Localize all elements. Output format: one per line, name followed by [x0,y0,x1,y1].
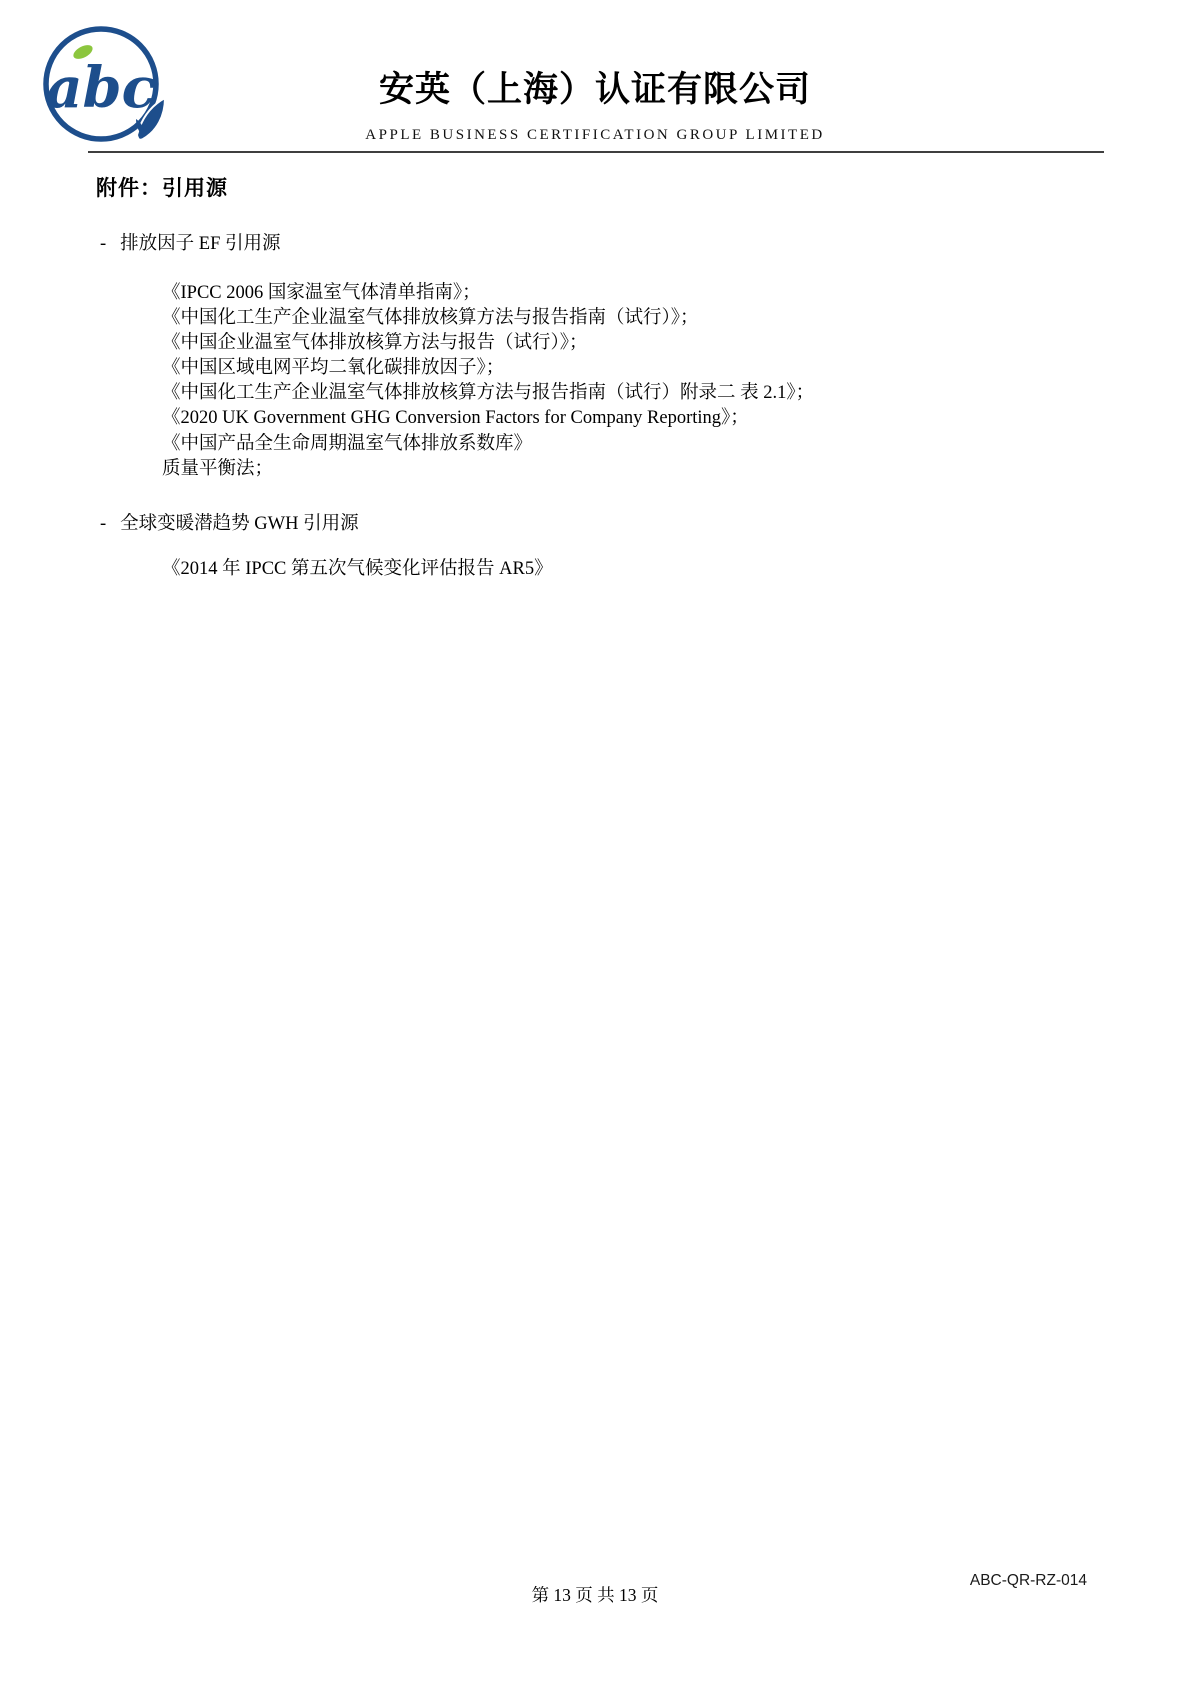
document-code: ABC-QR-RZ-014 [970,1572,1087,1590]
company-name-en: APPLE BUSINESS CERTIFICATION GROUP LIMIT… [0,127,1190,144]
section-ef-label: -排放因子 EF 引用源 [100,229,281,255]
page-title: 附件：引用源 [96,172,228,202]
section-gwh-label: -全球变暖潜趋势 GWH 引用源 [100,509,359,535]
list-item: 《2014 年 IPCC 第五次气候变化评估报告 AR5》 [162,557,553,582]
list-item: 《中国区域电网平均二氧化碳排放因子》； [162,356,814,381]
list-dash: - [100,234,106,254]
section-gwh-label-text: 全球变暖潜趋势 GWH 引用源 [120,514,358,534]
list-dash: - [100,514,106,534]
list-item: 质量平衡法； [162,457,814,482]
gwh-reference-list: 《2014 年 IPCC 第五次气候变化评估报告 AR5》 [162,557,553,582]
document-page: abc 安英（上海）认证有限公司 APPLE BUSINESS CERTIFIC… [0,0,1190,1683]
list-item: 《2020 UK Government GHG Conversion Facto… [162,406,814,431]
list-item: 《中国化工生产企业温室气体排放核算方法与报告指南（试行）附录二 表 2.1》； [162,381,814,406]
list-item: 《中国产品全生命周期温室气体排放系数库》 [162,432,814,457]
list-item: 《IPCC 2006 国家温室气体清单指南》； [162,281,814,306]
section-ef-label-text: 排放因子 EF 引用源 [120,234,280,254]
list-item: 《中国企业温室气体排放核算方法与报告（试行）》； [162,331,814,356]
header-divider [88,151,1104,153]
list-item: 《中国化工生产企业温室气体排放核算方法与报告指南（试行）》； [162,306,814,331]
company-name-zh: 安英（上海）认证有限公司 [0,62,1190,112]
ef-reference-list: 《IPCC 2006 国家温室气体清单指南》； 《中国化工生产企业温室气体排放核… [162,281,814,482]
